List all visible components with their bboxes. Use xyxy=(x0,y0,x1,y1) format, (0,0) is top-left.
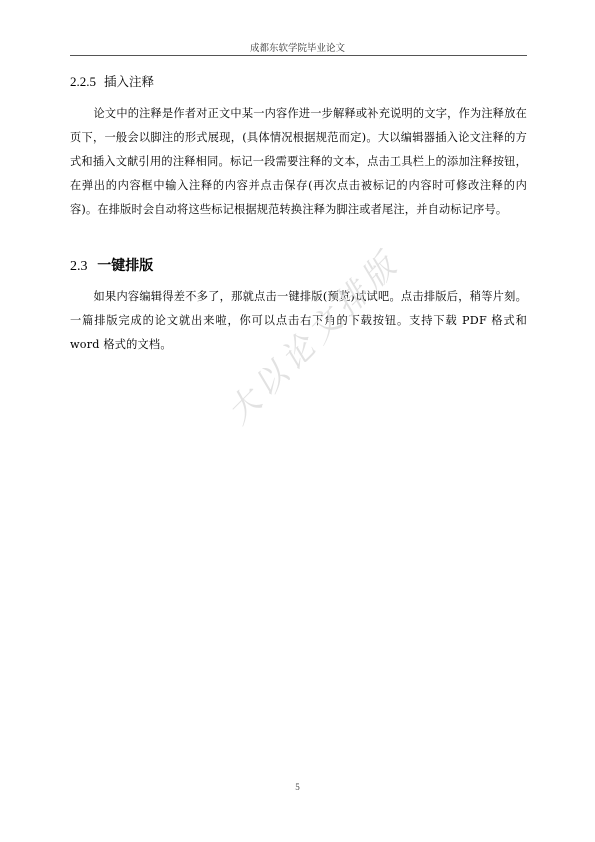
section-paragraph: 论文中的注释是作者对正文中某一内容作进一步解释或补充说明的文字，作为注释放在页下… xyxy=(70,102,527,222)
section-number: 2.3 xyxy=(70,259,88,274)
section-2-2-5: 2.2.5 插入注释 论文中的注释是作者对正文中某一内容作进一步解释或补充说明的… xyxy=(70,72,527,222)
header-rule xyxy=(70,55,527,56)
section-number: 2.2.5 xyxy=(70,74,96,89)
section-title: 插入注释 xyxy=(104,74,154,89)
page-number: 5 xyxy=(0,782,595,792)
section-title: 一键排版 xyxy=(97,258,153,274)
section-heading: 2.3 一键排版 xyxy=(70,255,527,275)
page-header-title: 成都东软学院毕业论文 xyxy=(0,40,595,54)
section-heading: 2.2.5 插入注释 xyxy=(70,72,527,90)
